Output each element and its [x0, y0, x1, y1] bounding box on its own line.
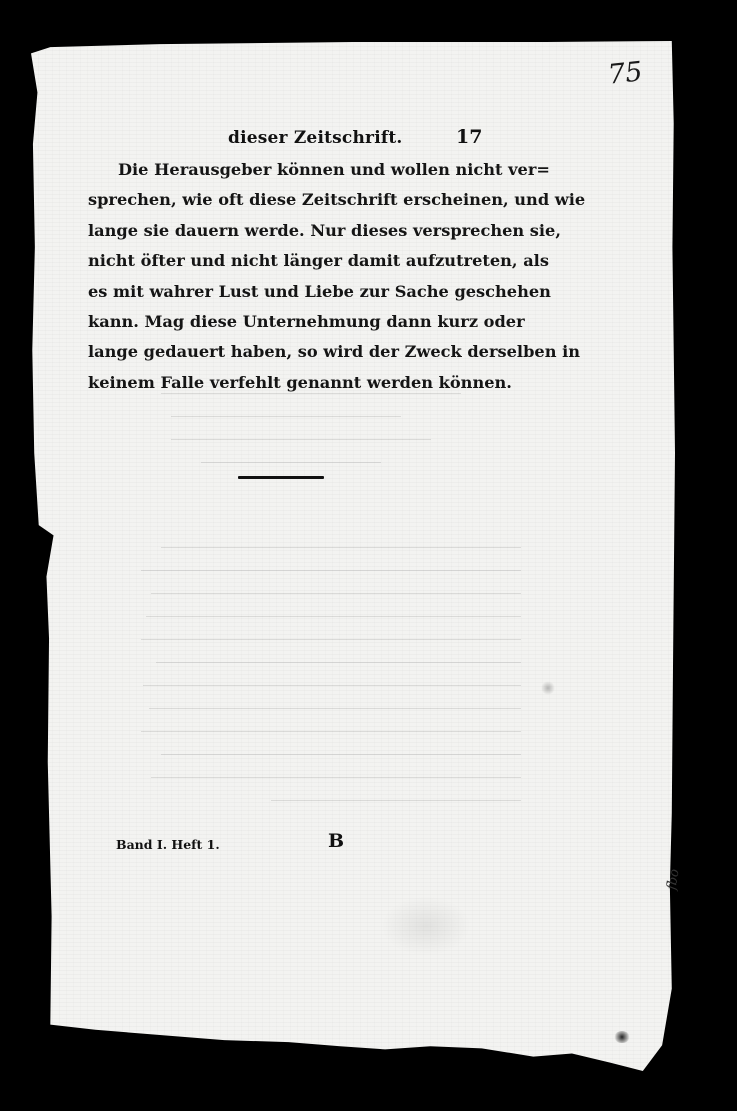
paper-stain [614, 1031, 630, 1043]
margin-note: fbo [664, 868, 682, 891]
body-paragraph: Die Herausgeber können und wollen nicht … [88, 155, 496, 398]
text-line: keinem Falle verfehlt genannt werden kön… [88, 368, 496, 398]
handwritten-folio-number: 75 [606, 56, 643, 90]
text-line: es mit wahrer Lust und Liebe zur Sache g… [88, 277, 496, 307]
paper-stain [541, 681, 555, 695]
text-line: nicht öfter und nicht länger damit aufzu… [88, 246, 496, 276]
text-line: sprechen, wie oft diese Zeitschrift ersc… [88, 185, 496, 215]
signature-mark: B [328, 830, 344, 852]
text-line: Die Herausgeber können und wollen nicht … [88, 155, 496, 185]
bleed-through-text [141, 371, 521, 811]
running-head: dieser Zeitschrift. [228, 128, 403, 148]
text-line: kann. Mag diese Unternehmung dann kurz o… [88, 307, 496, 337]
section-divider-rule [238, 476, 324, 479]
text-line: lange sie dauern werde. Nur dieses versp… [88, 216, 496, 246]
signature-line: Band I. Heft 1. [116, 837, 220, 852]
paper-stain [381, 896, 471, 956]
text-line: lange gedauert haben, so wird der Zweck … [88, 337, 496, 367]
page-number: 17 [456, 126, 482, 148]
